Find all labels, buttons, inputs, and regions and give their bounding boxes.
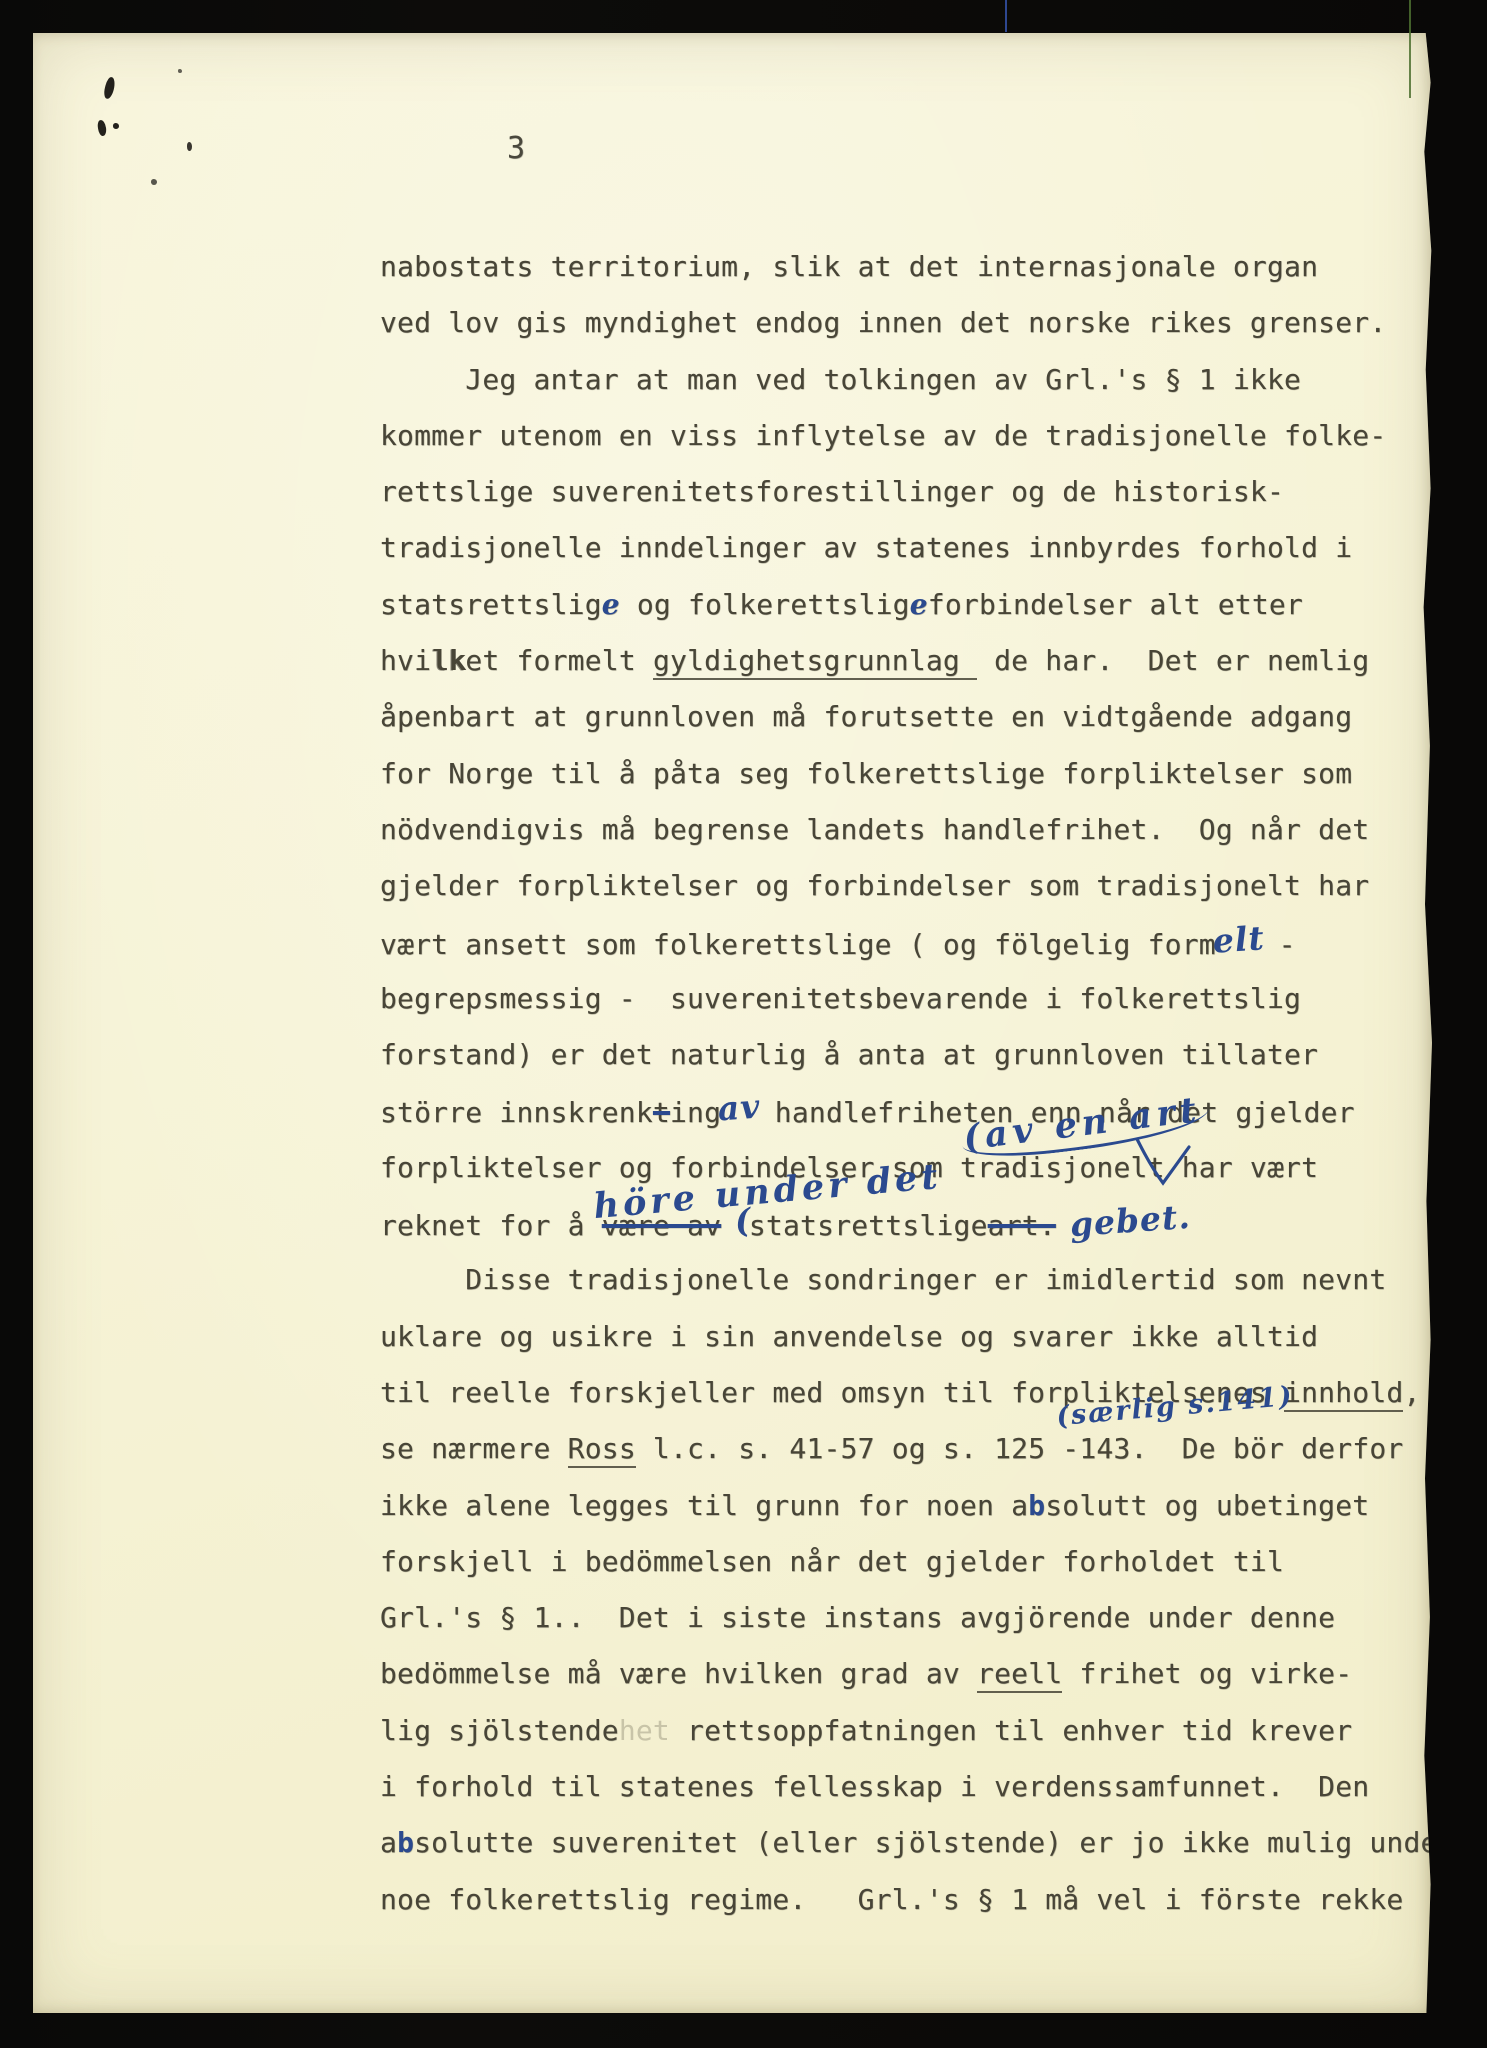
text-line: statsrettslige og folkerettsligeforbinde… — [380, 588, 1432, 644]
text-line: uklare og usikre i sin anvendelse og sva… — [380, 1320, 1432, 1376]
text-line: vært ansett som folkerettslige ( og fölg… — [380, 926, 1432, 982]
text-line: ikke alene legges til grunn for noen abs… — [380, 1489, 1432, 1545]
ink-speck — [178, 69, 182, 73]
text-line: tradisjonelle inndelinger av statenes in… — [380, 531, 1432, 587]
scan-artifact-green-line — [1409, 0, 1411, 98]
ink-speck — [187, 142, 192, 151]
text-line: absolutte suverenitet (eller sjölstende)… — [380, 1826, 1432, 1882]
text-line: kommer utenom en viss inflytelse av de t… — [380, 419, 1432, 475]
scan-background: { "page": { "number": "3" }, "colors": {… — [0, 0, 1487, 2048]
text-line: ved lov gis myndighet endog innen det no… — [380, 306, 1432, 362]
text-line: större innskrenktingav handlefriheten en… — [380, 1094, 1432, 1150]
insertion-caret-icon — [1133, 1137, 1197, 1189]
text-line: åpenbart at grunnloven må forutsette en … — [380, 700, 1432, 756]
text-line: forskjell i bedömmelsen når det gjelder … — [380, 1545, 1432, 1601]
typed-text: nabostats territorium, slik at det inter… — [380, 250, 1432, 1939]
page-number: 3 — [507, 131, 525, 166]
text-line: Disse tradisjonelle sondringer er imidle… — [380, 1263, 1432, 1319]
text-line: begrepsmessig - suverenitetsbevarende i … — [380, 982, 1432, 1038]
text-line: hvilket formelt gyldighetsgrunnlag de ha… — [380, 644, 1432, 700]
text-line: noe folkerettslig regime. Grl.'s § 1 må … — [380, 1883, 1432, 1939]
scan-artifact-blue-line — [1005, 0, 1007, 32]
text-line: se nærmere Ross l.c. s. 41-57 og s. 125 … — [380, 1432, 1432, 1488]
text-line: Jeg antar at man ved tolkingen av Grl.'s… — [380, 363, 1432, 419]
text-line: Grl.'s § 1.. Det i siste instans avgjöre… — [380, 1601, 1432, 1657]
ink-speck — [151, 179, 157, 185]
text-line: gjelder forpliktelser og forbindelser so… — [380, 869, 1432, 925]
document-page: 3 nabostats territorium, slik at det int… — [33, 33, 1432, 2013]
scanner-bed: 3 nabostats territorium, slik at det int… — [0, 0, 1487, 2048]
text-line: i forhold til statenes fellesskap i verd… — [380, 1770, 1432, 1826]
text-line: nabostats territorium, slik at det inter… — [380, 250, 1432, 306]
ink-speck — [113, 123, 119, 129]
text-line: lig sjölstendehet rettsoppfatningen til … — [380, 1714, 1432, 1770]
text-line: bedömmelse må være hvilken grad av reell… — [380, 1657, 1432, 1713]
text-line: reknet for å være av (statsrettsligeart.… — [380, 1207, 1432, 1263]
text-line: nödvendigvis må begrense landets handlef… — [380, 813, 1432, 869]
text-line: for Norge til å påta seg folkerettslige … — [380, 757, 1432, 813]
text-line: rettslige suverenitetsforestillinger og … — [380, 475, 1432, 531]
ink-speck — [97, 120, 107, 137]
text-line: forstand) er det naturlig å anta at grun… — [380, 1038, 1432, 1094]
ink-speck — [102, 76, 116, 100]
